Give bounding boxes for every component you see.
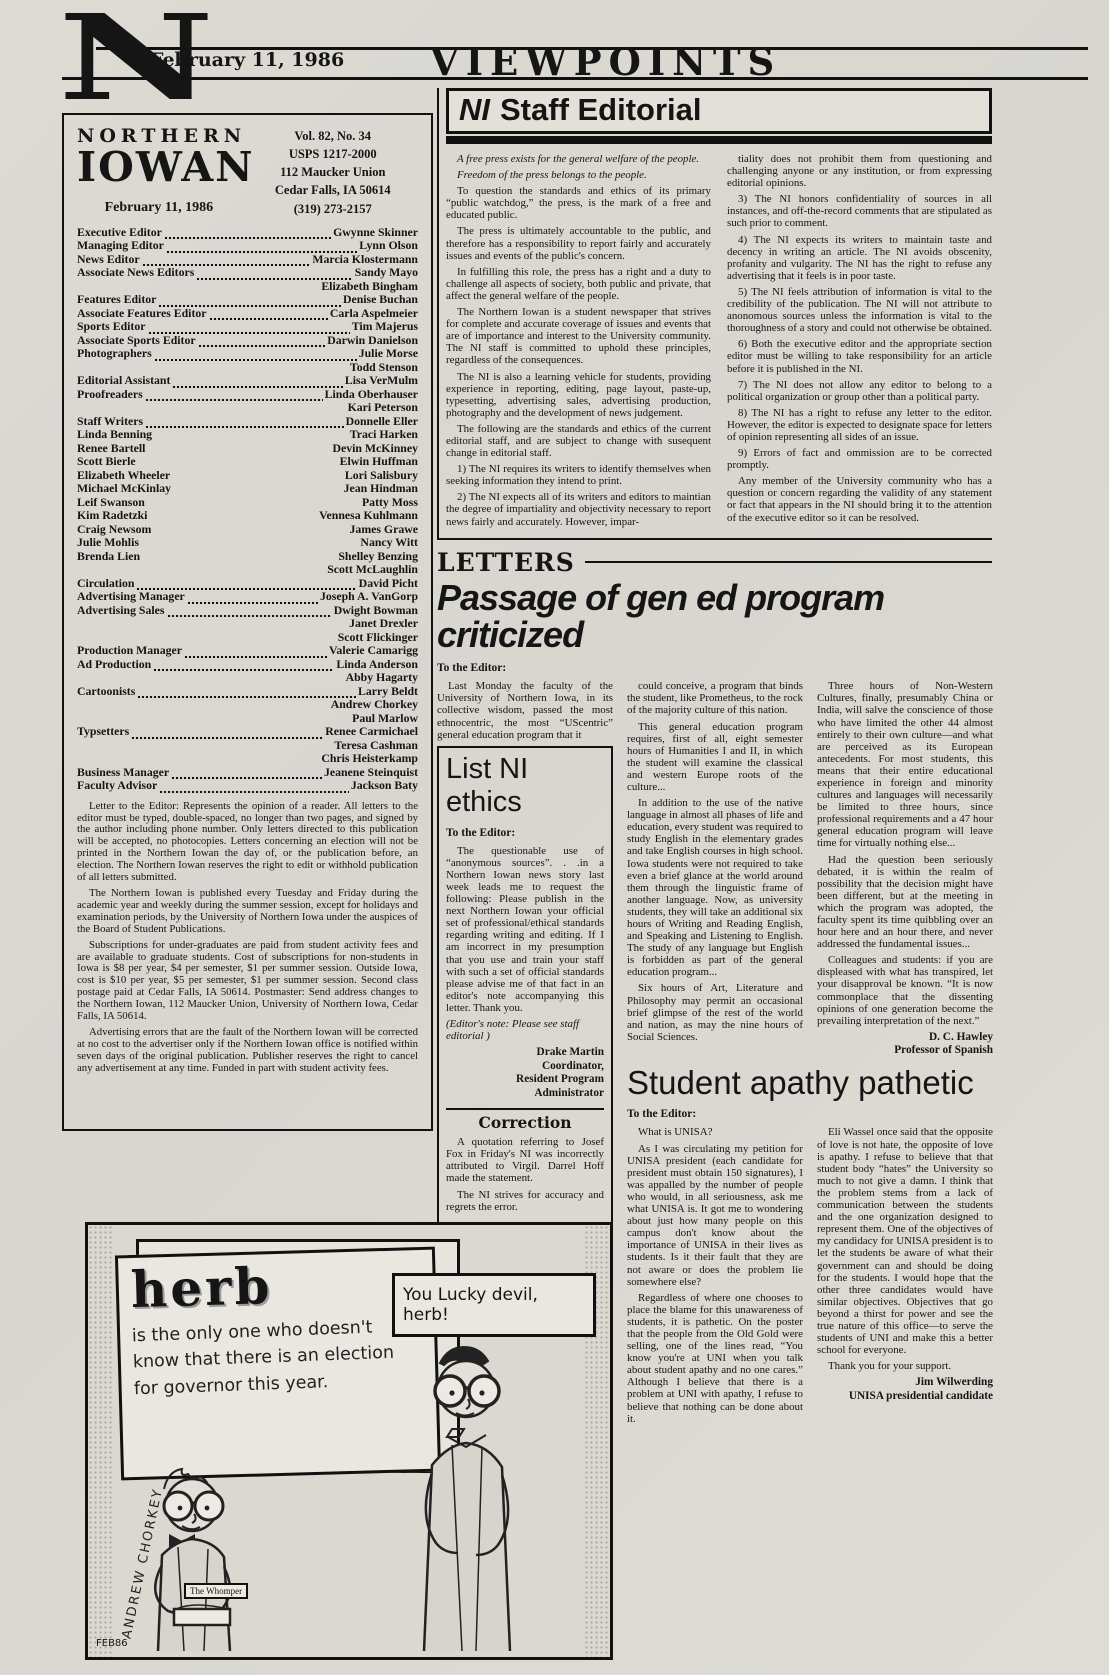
staff-row: Janet Drexler: [77, 617, 418, 631]
staff-writer-row: Kim Radetzki Vennesa Kuhlmann: [77, 509, 418, 523]
gen-ed-column-3: Three hours of Non-Western Cultures, fin…: [817, 680, 993, 1058]
letter-paragraph: Eli Wassel once said that the opposite o…: [817, 1126, 993, 1356]
staff-row: Paul Marlow: [77, 712, 418, 726]
dot-leader: [154, 349, 357, 361]
staff-writer-row: Michael McKinlay Jean Hindman: [77, 482, 418, 496]
staff-writer-row: Scott McLaughlin: [77, 563, 418, 577]
masthead-info-line: Vol. 82, No. 34: [248, 127, 419, 145]
signature-block: D. C. HawleyProfessor of Spanish: [817, 1031, 993, 1058]
dot-leader: [148, 322, 350, 334]
staff-row: Associate Features Editor Carla Aspelmei…: [77, 307, 418, 321]
masthead-info-line: Cedar Falls, IA 50614: [248, 181, 419, 199]
staff-row: Associate News Editors Sandy Mayo: [77, 266, 418, 280]
editorial-column-2: tiality does not prohibit them from ques…: [727, 153, 992, 532]
signature-line: Coordinator,: [446, 1060, 604, 1074]
signature-line: Professor of Spanish: [817, 1044, 993, 1058]
gen-ed-headline: Passage of gen ed program criticized: [437, 579, 992, 655]
letter-paragraph: Colleagues and students: if you are disp…: [817, 954, 993, 1027]
signature-line: Jim Wilwerding: [817, 1376, 993, 1390]
dot-leader: [159, 781, 349, 793]
gen-ed-column-2: could conceive, a program that binds the…: [627, 680, 803, 1058]
editorial-paragraph: In fulfilling this role, the press has a…: [446, 266, 711, 302]
comic-texture: [88, 1225, 114, 1657]
staff-row: Abby Hagarty: [77, 671, 418, 685]
letter-paragraph: Had the question been seriously debated,…: [817, 854, 993, 951]
signature-block: Drake MartinCoordinator,Resident Program…: [446, 1046, 604, 1100]
staff-writer-row: Craig Newsom James Grawe: [77, 523, 418, 537]
masthead-date: February 11, 1986: [77, 200, 241, 216]
policy-paragraph: The Northern Iowan is published every Tu…: [77, 888, 418, 936]
editorial-paragraph: 4) The NI expects its writers to maintai…: [727, 234, 992, 282]
staff-list-2: Circulation David Picht Advertising Mana…: [77, 577, 418, 793]
editors-note: (Editor's note: Please see staff editori…: [446, 1018, 604, 1042]
masthead-info: Vol. 82, No. 34USPS 1217-2000112 Maucker…: [248, 125, 419, 218]
dot-leader: [172, 376, 342, 388]
editorial-paragraph: 8) The NI has a right to refuse any lett…: [727, 407, 992, 443]
apathy-headline: Student apathy pathetic: [627, 1066, 992, 1101]
editorial-paragraph: Any member of the University community w…: [727, 475, 992, 523]
signature-line: Drake Martin: [446, 1046, 604, 1060]
editorial-paragraph: tiality does not prohibit them from ques…: [727, 153, 992, 189]
editorial-paragraph: 9) Errors of fact and ommission are to b…: [727, 447, 992, 471]
correction-paragraph: The NI strives for accuracy and regrets …: [446, 1189, 604, 1213]
letters-right-area: could conceive, a program that binds the…: [627, 680, 992, 1429]
staff-writer-row: Scott Bierle Elwin Huffman: [77, 455, 418, 469]
editorial-paragraph: 2) The NI expects all of its writers and…: [446, 491, 711, 527]
staff-writer-row: Julie Mohlis Nancy Witt: [77, 536, 418, 550]
dot-leader: [184, 646, 327, 658]
staff-row: Proofreaders Linda Oberhauser: [77, 388, 418, 402]
editorial-paragraph: 7) The NI does not allow any editor to b…: [727, 379, 992, 403]
correction-title: Correction: [446, 1113, 604, 1132]
staff-row: Executive Editor Gwynne Skinner: [77, 226, 418, 240]
signature-line: Resident Program Administrator: [446, 1073, 604, 1100]
editorial-paragraph: The NI is also a learning vehicle for st…: [446, 371, 711, 419]
staff-writer-row: Renee Bartell Devin McKinney: [77, 442, 418, 456]
dot-leader: [164, 227, 331, 239]
dot-leader: [153, 659, 334, 671]
newspaper-page: N 2 February 11, 1986 VIEWPOINTS NORTHER…: [0, 0, 1109, 1675]
dot-leader: [198, 335, 326, 347]
letter-paragraph: This general education program requires,…: [627, 721, 803, 794]
comic-title: herb: [130, 1258, 421, 1314]
staff-row: Advertising Manager Joseph A. VanGorp: [77, 590, 418, 604]
to-the-editor: To the Editor:: [437, 662, 992, 674]
letter-paragraph: Last Monday the faculty of the Universit…: [437, 680, 613, 740]
apathy-column-1: What is UNISA?As I was circulating my pe…: [627, 1126, 803, 1428]
editorial-paragraph: The press is ultimately accountable to t…: [446, 225, 711, 261]
policy-paragraph: Subscriptions for under-graduates are pa…: [77, 940, 418, 1023]
editorial-intro-line: Freedom of the press belongs to the peop…: [446, 169, 711, 181]
staff-row: Staff Writers Donnelle Eller: [77, 415, 418, 429]
correction-paragraph: A quotation referring to Josef Fox in Fr…: [446, 1136, 604, 1184]
apathy-letter: Student apathy pathetic To the Editor: W…: [627, 1066, 992, 1429]
letter-paragraph: In addition to the use of the native lan…: [627, 797, 803, 978]
staff-writer-row: Leif Swanson Patty Moss: [77, 496, 418, 510]
staff-writer-row: Elizabeth Wheeler Lori Salisbury: [77, 469, 418, 483]
section-title: VIEWPOINTS: [430, 40, 781, 84]
signature-line: UNISA presidential candidate: [817, 1390, 993, 1404]
apathy-column-2: Eli Wassel once said that the opposite o…: [817, 1126, 993, 1428]
paper-name-line2: IOWAN: [77, 147, 241, 188]
dot-leader: [145, 416, 344, 428]
dot-leader: [145, 389, 323, 401]
signature-line: D. C. Hawley: [817, 1031, 993, 1045]
staff-writer-row: Brenda Lien Shelley Benzing: [77, 550, 418, 564]
staff-row: Managing Editor Lynn Olson: [77, 239, 418, 253]
letter-paragraph: Thank you for your support.: [817, 1360, 993, 1372]
letter-paragraph: Three hours of Non-Western Cultures, fin…: [817, 680, 993, 849]
dot-leader: [171, 767, 322, 779]
staff-row: Photographers Julie Morse: [77, 347, 418, 361]
dot-leader: [158, 295, 341, 307]
staff-row: Todd Stenson: [77, 361, 418, 375]
whomper-label: The Whomper: [184, 1583, 248, 1599]
staff-row: Kari Peterson: [77, 401, 418, 415]
herb-comic: herb is the only one who doesn'tknow tha…: [85, 1222, 613, 1660]
ethics-headline: List NI ethics: [446, 753, 604, 819]
letter-paragraph: Regardless of where one chooses to place…: [627, 1292, 803, 1425]
editorial-column-1: A free press exists for the general welf…: [446, 153, 711, 532]
masthead-info-line: USPS 1217-2000: [248, 145, 419, 163]
staff-row: Faculty Advisor Jackson Baty: [77, 779, 418, 793]
issue-date: February 11, 1986: [150, 49, 344, 71]
staff-row: News Editor Marcia Klostermann: [77, 253, 418, 267]
staff-row: Advertising Sales Dwight Bowman: [77, 604, 418, 618]
to-the-editor: To the Editor:: [446, 827, 604, 839]
letters-rule: [585, 561, 992, 563]
dot-leader: [196, 268, 352, 280]
editorial-paragraph: 1) The NI requires its writers to identi…: [446, 463, 711, 487]
letter-paragraph: As I was circulating my petition for UNI…: [627, 1143, 803, 1288]
masthead-info-line: 112 Maucker Union: [248, 163, 419, 181]
dot-leader: [209, 308, 328, 320]
staff-row: Teresa Cashman: [77, 739, 418, 753]
letter-paragraph: What is UNISA?: [627, 1126, 803, 1138]
staff-editorial: NIStaff Editorial A free press exists fo…: [437, 88, 992, 540]
staff-row: Andrew Chorkey: [77, 698, 418, 712]
staff-row: Production Manager Valerie Camarigg: [77, 644, 418, 658]
staff-row: Elizabeth Bingham: [77, 280, 418, 294]
comic-speech-box: You Lucky devil, herb!: [392, 1273, 596, 1337]
dot-leader: [167, 605, 332, 617]
editorial-paragraph: 3) The NI honors confidentiality of sour…: [727, 193, 992, 229]
publication-policy: Letter to the Editor: Represents the opi…: [77, 801, 418, 1075]
policy-paragraph: Advertising errors that are the fault of…: [77, 1027, 418, 1075]
staff-row: Cartoonists Larry Beldt: [77, 685, 418, 699]
staff-row: Business Manager Jeanene Steinquist: [77, 766, 418, 780]
staff-writer-row: Linda Benning Traci Harken: [77, 428, 418, 442]
editorial-paragraph: The following are the standards and ethi…: [446, 423, 711, 459]
editorial-intro-line: A free press exists for the general welf…: [446, 153, 711, 165]
to-the-editor: To the Editor:: [627, 1108, 992, 1120]
signature-block: Jim WilwerdingUNISA presidential candida…: [817, 1376, 993, 1403]
dot-leader: [166, 241, 357, 253]
staff-row: Chris Heisterkamp: [77, 752, 418, 766]
masthead-box: NORTHERN IOWAN February 11, 1986 Vol. 82…: [62, 113, 433, 1131]
staff-row: Associate Sports Editor Darwin Danielson: [77, 334, 418, 348]
staff-row: Sports Editor Tim Majerus: [77, 320, 418, 334]
correction-box: Correction A quotation referring to Jose…: [446, 1108, 604, 1213]
ethics-letter-box: List NI ethics To the Editor: The questi…: [437, 746, 613, 1225]
editorial-paragraph: To question the standards and ethics of …: [446, 185, 711, 221]
second-character: [388, 1333, 558, 1655]
masthead: NORTHERN IOWAN February 11, 1986 Vol. 82…: [77, 125, 418, 218]
staff-row: Editorial Assistant Lisa VerMulm: [77, 374, 418, 388]
artist-date: FEB86: [96, 1638, 128, 1649]
page-number: 2: [86, 50, 94, 67]
staff-row: Scott Flickinger: [77, 631, 418, 645]
editorial-headline: NIStaff Editorial: [446, 88, 992, 134]
letters-section-label: LETTERS: [437, 548, 575, 577]
dot-leader: [187, 592, 318, 604]
editorial-paragraph: 6) Both the executive editor and the app…: [727, 338, 992, 374]
staff-row: Typsetters Renee Carmichael: [77, 725, 418, 739]
dot-leader: [131, 727, 323, 739]
letter-paragraph: The questionable use of “anonymous sourc…: [446, 845, 604, 1014]
staff-row: Ad Production Linda Anderson: [77, 658, 418, 672]
editorial-paragraph: The Northern Iowan is a student newspape…: [446, 306, 711, 366]
editorial-paragraph: 5) The NI feels attribution of informati…: [727, 286, 992, 334]
letter-paragraph: could conceive, a program that binds the…: [627, 680, 803, 716]
dot-leader: [137, 686, 356, 698]
staff-row: Circulation David Picht: [77, 577, 418, 591]
masthead-info-line: (319) 273-2157: [248, 200, 419, 218]
policy-paragraph: Letter to the Editor: Represents the opi…: [77, 801, 418, 884]
letter-paragraph: Six hours of Art, Literature and Philoso…: [627, 982, 803, 1042]
staff-writers-list: Linda Benning Traci Harken Renee Bartell…: [77, 428, 418, 577]
staff-list: Executive Editor Gwynne Skinner Managing…: [77, 226, 418, 429]
editorial-rule: [446, 136, 992, 144]
staff-row: Features Editor Denise Buchan: [77, 293, 418, 307]
